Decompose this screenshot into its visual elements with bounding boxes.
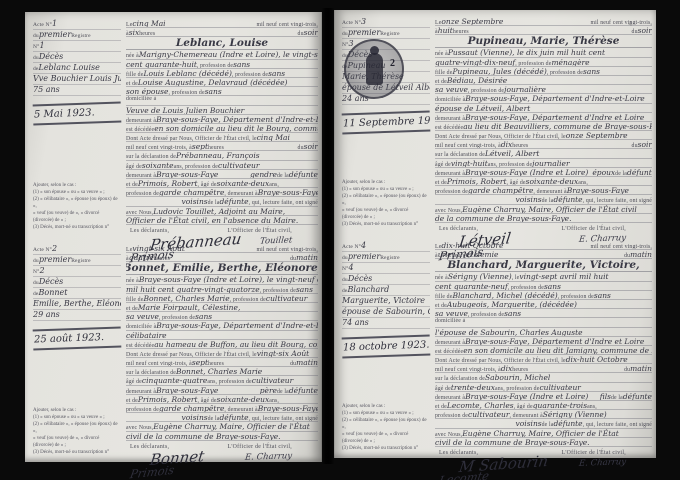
printed-text: , profession de: [468, 88, 504, 94]
act-body: Le vingt-six Aoûtmil neuf cent vingt-tro…: [126, 242, 318, 460]
printed-text: profession de: [126, 191, 159, 197]
handwritten-text: Braye-sous-Faye, Département d'Indre-et-…: [156, 321, 318, 330]
handwritten-text: au lieu dit Beauvilliers, commune de Bra…: [463, 122, 652, 131]
printed-text: ans, profession de: [207, 379, 251, 385]
handwritten-text: Primois, Robert: [138, 179, 198, 188]
handwritten-text: civil de la commune de Braye-sous-Faye.: [435, 438, 590, 447]
handwritten-text: six: [129, 28, 139, 37]
handwritten-text: sept: [192, 142, 208, 151]
handwritten-text: dix: [501, 140, 512, 149]
handwritten-text: 4: [361, 241, 366, 250]
printed-text: mil neuf cent vingt-trois, à: [126, 361, 192, 367]
printed-text: Acte N°: [342, 20, 361, 26]
handwritten-text: sans: [594, 291, 611, 300]
handwritten-text: Braye-sous-Faye (Indre et Loire), le vin…: [139, 275, 318, 284]
handwritten-text: gendre: [250, 170, 277, 179]
body-line: cent quarante-neuf, profession de sans: [435, 282, 652, 291]
footnote-line: (3) Décès, mort-né ou transcription n°: [33, 224, 119, 231]
printed-text: mil neuf cent vingt-trois,: [590, 20, 652, 26]
handwritten-text: Blanchard: [348, 285, 390, 294]
printed-text: , profession de: [558, 294, 594, 300]
printed-text: demeurant à: [435, 395, 465, 401]
printed-text: ans, profession de: [174, 164, 218, 170]
book-spread: Acte N° 1du premier RegistreN° 1du Décès…: [0, 0, 680, 480]
body-line: civil de la commune de Braye-sous-Faye.: [126, 432, 318, 441]
act-body: Le onze Septembremil neuf cent vingt-tro…: [435, 15, 652, 232]
margin-line: du premier Registre: [342, 28, 430, 39]
body-line: et de Louise Augustine, Delavraud (décéd…: [126, 78, 318, 87]
footnote-line: Ajouter, selon le cas :: [33, 407, 119, 414]
handwritten-text: cultivateur: [252, 376, 293, 385]
handwritten-text: sans: [544, 282, 561, 291]
body-line: domiciliée à Braye-sous-Faye, Départemen…: [435, 94, 652, 103]
handwritten-text: cent quarante-neuf: [435, 282, 508, 291]
body-line: mil neuf cent vingt-trois, à sept heures…: [126, 358, 318, 367]
handwritten-text: une: [438, 250, 452, 259]
body-line: profession de garde champêtre, demeurant…: [126, 188, 318, 197]
body-line: quatre-vingt-dix-neuf, profession de mén…: [435, 58, 652, 67]
body-line: profession de garde champêtre, demeurant…: [126, 404, 318, 413]
handwritten-text: Braye-sous-Faye (Indre et Loire): [465, 168, 588, 177]
handwritten-text: défunte: [623, 392, 652, 401]
body-line: à quatre heuresdu matin: [126, 253, 318, 262]
handwritten-text: Braye-sous-Faye (Indre et Loire): [465, 392, 588, 401]
printed-text: profession de: [435, 413, 468, 419]
printed-text: et de: [435, 79, 447, 85]
printed-text: heures: [208, 145, 224, 151]
printed-text: , qui, lecture faite, ont signé: [583, 422, 652, 428]
printed-text: âgé de: [435, 386, 451, 392]
body-line: est décédée en son domicile au lieu dit …: [126, 124, 318, 133]
margin-line: du premier Registre: [342, 252, 430, 263]
printed-text: est décédée: [435, 349, 463, 355]
printed-text: mil neuf cent vingt-trois,: [256, 22, 318, 28]
handwritten-text: et demie: [465, 250, 498, 259]
handwritten-text: matin: [630, 364, 652, 373]
handwritten-text: ménagère: [551, 58, 589, 67]
printed-text: mil neuf cent vingt-trois,: [256, 247, 318, 253]
handwritten-text: Pussaut (Vienne), le dix juin mil huit c…: [448, 48, 605, 57]
act-date: 11 Septembre 1923: [342, 110, 431, 134]
handwritten-text: cent quarante-huit: [126, 60, 197, 69]
body-line: Le dix-huit Octobremil neuf cent vingt-t…: [435, 241, 652, 250]
handwritten-text: en son domicile au lieu dit Jamigny, com…: [463, 346, 652, 355]
margin-line: Vve Bouchier Louis Julien: [33, 74, 121, 85]
handwritten-text: cultivateur: [218, 161, 259, 170]
signature-declarant-2: Lecomte: [438, 468, 490, 480]
printed-text: sur la déclaration de: [126, 370, 176, 376]
handwritten-text: époux: [592, 168, 615, 177]
printed-text: heures: [512, 143, 528, 149]
printed-text: , qui, lecture faite, ont signé: [249, 416, 318, 422]
handwritten-text: Eugène Charruy, Maire, Officier de l'Éta…: [462, 205, 637, 214]
body-line: Le cinq Maimil neuf cent vingt-trois,: [126, 19, 318, 28]
handwritten-text: Braye-sous-Faye: [567, 186, 629, 195]
printed-text: ans, profession de: [488, 162, 532, 168]
printed-text: , profession de: [508, 285, 544, 291]
body-line: Officier de l'État civil, en l'absence d…: [126, 216, 318, 225]
body-line: demeurant à Braye-sous-Fayepère de la dé…: [126, 386, 318, 395]
handwritten-text: cinquante-quatre: [142, 376, 208, 385]
handwritten-text: Braye-sous-Faye, Département d'Indre et …: [465, 113, 644, 122]
margin-line: Acte N° 1: [33, 19, 121, 30]
printed-text: Dont Acte dressé par Nous, Officier de l…: [126, 136, 257, 142]
handwritten-text: Braye-sous-Faye: [156, 170, 218, 179]
handwritten-text: vingt-six Août: [257, 349, 309, 358]
handwritten-text: sans: [504, 309, 521, 318]
handwritten-text: premier: [39, 255, 71, 264]
handwritten-text: épouse de Létveil, Albert: [435, 104, 530, 113]
printed-text: , demeurant à: [533, 189, 566, 195]
officier-label: L'Officier de l'État civil,: [562, 226, 627, 232]
margin-line: de Blanchard: [342, 285, 430, 296]
printed-text: Registre: [380, 31, 400, 37]
body-line: et de Lecomte, Charles, âgé de quarante-…: [435, 401, 652, 410]
handwritten-text: Sérigny (Vienne): [543, 410, 607, 419]
printed-text: et de: [126, 306, 138, 312]
body-line: domiciliée à Braye-sous-Faye, Départemen…: [126, 321, 318, 330]
margin-line: N° 4: [342, 263, 430, 274]
body-line: fille de Louis Leblanc (décédé), profess…: [126, 69, 318, 78]
handwritten-text: Braye-sous-Faye, Département d'Indre-et-…: [156, 115, 318, 124]
body-line: et de Aubugeois, Marguerite, (décédée): [435, 300, 652, 309]
body-line: voisins de la défunte, qui, lecture fait…: [435, 419, 652, 428]
printed-text: de la: [615, 171, 627, 177]
page-gutter: [321, 8, 335, 464]
body-line: née à Braye-sous-Faye (Indre et Loire), …: [126, 275, 318, 284]
printed-text: profession de: [435, 189, 468, 195]
handwritten-text: 1: [52, 19, 57, 28]
printed-text: Dont Acte dressé par Nous, Officier de l…: [435, 358, 566, 364]
handwritten-text: Ludovic Touillet, Adjoint au Maire,: [153, 207, 285, 216]
body-line: Dont Acte dressé par Nous, Officier de l…: [435, 355, 652, 364]
handwritten-text: sans: [583, 67, 600, 76]
handwritten-text: garde champêtre: [468, 186, 533, 195]
printed-text: âgé de: [126, 164, 142, 170]
body-line: âgé de soixante ans, profession de culti…: [126, 161, 318, 170]
printed-text: et de: [126, 398, 138, 404]
act-body: Le dix-huit Octobremil neuf cent vingt-t…: [435, 239, 652, 456]
signature-officer: E. Charruy: [244, 451, 292, 463]
margin-line: Acte N° 4: [342, 241, 430, 252]
handwritten-text: matin: [630, 250, 652, 259]
handwritten-text: Marguerite, Victoire: [342, 296, 425, 305]
footnote-line: (3) Décès, mort-né ou transcription n°: [342, 445, 428, 452]
printed-text: heures: [139, 31, 155, 37]
margin-line: du Décès: [33, 277, 121, 288]
handwritten-text: 1: [39, 41, 44, 50]
margin-line: du premier Registre: [33, 255, 121, 266]
handwritten-text: sans: [296, 285, 313, 294]
footnote-block: Ajouter, selon le cas :(1) « son épouse …: [33, 182, 121, 231]
footnote-block: Ajouter, selon le cas :(1) « son épouse …: [342, 403, 430, 452]
printed-text: sur la déclaration de: [435, 376, 485, 382]
body-line: demeurant à Braye-sous-Faye (Indre et Lo…: [435, 392, 652, 401]
body-line: demeurant à Braye-sous-Fayegendre de la …: [126, 170, 318, 179]
body-line: sur la déclaration de Létveil, Albert: [435, 149, 652, 158]
footnote-line: « veuf (ou veuve) de », « divorcé (divor…: [33, 435, 119, 449]
handwritten-text: Pupineau, Marie, Thérèse: [468, 35, 620, 47]
handwritten-text: dix-huit Octobre: [566, 355, 628, 364]
handwritten-text: Décès: [39, 277, 63, 286]
handwritten-text: sans: [195, 312, 212, 321]
signature-labels: Les déclarants,L'Officier de l'État civi…: [435, 224, 652, 232]
printed-text: sur la déclaration de: [435, 152, 485, 158]
left-page: Acte N° 1du premier RegistreN° 1du Décès…: [25, 12, 322, 462]
handwritten-text: 2: [39, 266, 44, 275]
handwritten-text: Prébanneau, François: [176, 151, 260, 160]
printed-text: Acte N°: [33, 247, 52, 253]
footnote-block: Ajouter, selon le cas :(1) « son épouse …: [342, 179, 430, 228]
body-line: voisins de la défunte, qui, lecture fait…: [126, 197, 318, 206]
handwritten-text: garde champêtre: [159, 404, 224, 413]
handwritten-text: père: [260, 386, 277, 395]
handwritten-text: soixante-deux: [526, 177, 579, 186]
handwritten-text: Létveil, Albert: [485, 149, 539, 158]
printed-text: et de: [126, 81, 138, 87]
signature-zone: Les déclarants,L'Officier de l'État civi…: [435, 448, 652, 480]
handwritten-text: épouse de Sabourin, Charles Auguste: [342, 307, 430, 316]
body-line: et de Primois, Robert, âgé de soixante-d…: [126, 179, 318, 188]
margin-line: 29 ans: [33, 310, 121, 321]
handwritten-text: vingt-six Août: [132, 244, 184, 253]
body-line: avec Nous, Eugène Charruy, Maire, Offici…: [435, 205, 652, 214]
body-line: mil huit cent quatre-vingt-quatorze, pro…: [126, 285, 318, 294]
body-line: fille de Blanchard, Michel (décédé), pro…: [435, 291, 652, 300]
footnote-line: (1) « son épouse » ou « sa veuve » ;: [33, 189, 119, 196]
signature-labels: Les déclarants,L'Officier de l'État civi…: [126, 442, 318, 450]
handwritten-text: voisins: [182, 413, 208, 422]
handwritten-text: cinq Mai: [257, 133, 290, 142]
handwritten-text: cultivateur: [266, 294, 307, 303]
handwritten-text: défunte: [627, 168, 652, 177]
margin-line: Acte N° 2: [33, 244, 121, 255]
handwritten-text: Leblanc Louise: [39, 63, 100, 72]
margin-line: 74 ans: [342, 318, 430, 329]
footnote-line: « veuf (ou veuve) de », « divorcé (divor…: [342, 431, 428, 445]
body-line: mil neuf cent vingt-trois, à dix heuresd…: [435, 364, 652, 373]
printed-text: est décédée: [126, 343, 154, 349]
printed-text: , profession de: [260, 288, 296, 294]
handwritten-text: trente-deux: [451, 383, 495, 392]
declarants-label: Les déclarants,: [130, 444, 169, 450]
handwritten-text: quatre-vingt-dix-neuf: [435, 58, 515, 67]
handwritten-text: civil de la commune de Braye-sous-Faye.: [126, 432, 281, 441]
handwritten-text: Bonnet, Charles Marie: [143, 294, 229, 303]
margin-line: Emilie, Berthe, Eléonore: [33, 299, 121, 310]
body-line: mil neuf cent vingt-trois, à dix heuresd…: [435, 140, 652, 149]
handwritten-text: Pupineau, Jules (décédé): [452, 67, 546, 76]
printed-text: , profession de: [547, 70, 583, 76]
body-line: demeurant à Braye-sous-Faye, Département…: [435, 337, 652, 346]
handwritten-text: 2: [52, 244, 57, 253]
footnote-line: Ajouter, selon le cas :: [342, 403, 428, 410]
act-record-3: Acte N° 3du premier RegistreN° 3du Décès…: [334, 10, 656, 234]
body-line: âgé de vingt-huit ans, profession de jou…: [435, 159, 652, 168]
stamp-figure: [366, 53, 383, 85]
footnote-line: Ajouter, selon le cas :: [342, 179, 428, 186]
margin-line: Marguerite, Victoire: [342, 296, 430, 307]
margin-line: N° 1: [33, 41, 121, 52]
printed-text: heure: [452, 253, 466, 259]
printed-text: née à: [435, 275, 448, 281]
right-page: 4 Acte N° 3du premier RegistreN° 3du Déc…: [334, 10, 656, 458]
printed-text: née à: [126, 53, 139, 59]
handwritten-text: onze Septembre: [566, 131, 628, 140]
revenue-stamp-icon: 2: [344, 39, 404, 99]
act-record-4: Acte N° 4du premier RegistreN° 4du Décès…: [334, 234, 656, 458]
footnote-line: (2) « célibataire », « épouse (ou époux)…: [33, 421, 119, 435]
body-line: voisins de la défunte, qui, lecture fait…: [126, 413, 318, 422]
handwritten-text: Marie Foirpault, Célestine,: [138, 303, 240, 312]
body-line: demeurant à Braye-sous-Faye (Indre et Lo…: [435, 168, 652, 177]
handwritten-text: Veuve de Louis Julien Bouchier: [126, 106, 244, 115]
printed-text: mil neuf cent vingt-trois, à: [435, 367, 501, 373]
printed-text: demeurant à: [126, 118, 156, 124]
printed-text: domiciliée à: [126, 324, 156, 330]
handwritten-text: Sérigny (Vienne): [448, 272, 512, 281]
deceased-name: Pupineau, Marie, Thérèse: [435, 35, 652, 48]
handwritten-text: premier: [348, 252, 380, 261]
printed-text: , qui, lecture faite, ont signé: [249, 200, 318, 206]
printed-text: de la: [611, 395, 623, 401]
handwritten-text: Marigny-Chemereau (Indre et Loire), le v…: [139, 50, 318, 59]
handwritten-text: premier: [348, 28, 380, 37]
body-line: mil neuf cent vingt-trois, à sept heures…: [126, 142, 318, 151]
printed-text: de la: [277, 389, 289, 395]
signature-declarant-2: Primois: [129, 462, 176, 480]
printed-text: sur la déclaration de: [126, 154, 176, 160]
printed-text: de la: [542, 198, 554, 204]
footnote-line: « veuf (ou veuve) de », « divorcé (divor…: [342, 207, 428, 221]
handwritten-text: Bonnet, Emilie, Berthe, Eléonore,: [126, 262, 318, 274]
printed-text: heures: [208, 361, 224, 367]
handwritten-text: Officier de l'État civil, en l'absence d…: [126, 216, 298, 225]
margin-line: du Décès: [33, 52, 121, 63]
body-line: avec Nous, Eugène Charruy, Maire, Offici…: [126, 422, 318, 431]
handwritten-text: matin: [296, 358, 318, 367]
margin-line: Acte N° 3: [342, 17, 430, 28]
handwritten-text: Braye-sous-Faye, Département d'Indre et …: [465, 337, 644, 346]
printed-text: ans,: [269, 398, 279, 404]
margin-line: N° 2: [33, 266, 121, 277]
margin-line: du premier Registre: [33, 30, 121, 41]
printed-text: heures: [512, 367, 528, 373]
handwritten-text: en son domicile au lieu dit le Bourg, co…: [154, 124, 318, 133]
printed-text: ans,: [269, 182, 279, 188]
handwritten-text: Primois, Robert: [447, 177, 507, 186]
handwritten-text: quarante-trois: [533, 401, 587, 410]
printed-text: ans,: [578, 180, 588, 186]
handwritten-text: sept: [192, 358, 208, 367]
printed-text: profession de: [126, 407, 159, 413]
printed-text: , âgé de: [514, 404, 533, 410]
body-line: demeurant à Braye-sous-Faye, Département…: [435, 113, 652, 122]
printed-text: , demeurant à: [224, 191, 257, 197]
handwritten-text: Bonnet: [39, 288, 68, 297]
handwritten-text: soixante: [142, 161, 174, 170]
printed-text: âgé de: [435, 162, 451, 168]
handwritten-text: voisins: [516, 195, 542, 204]
handwritten-text: quatre: [129, 253, 154, 262]
printed-text: , âgé de: [507, 180, 526, 186]
handwritten-text: 29 ans: [33, 310, 60, 319]
printed-text: et de: [435, 303, 447, 309]
printed-text: avec Nous,: [126, 425, 153, 431]
printed-text: , le: [512, 275, 520, 281]
printed-text: Registre: [71, 258, 91, 264]
body-line: l'épouse de Sabourin, Charles Auguste: [435, 328, 652, 337]
handwritten-text: fils: [600, 392, 611, 401]
printed-text: et de: [126, 182, 138, 188]
printed-text: de la: [277, 173, 289, 179]
body-line: fille de Pupineau, Jules (décédé), profe…: [435, 67, 652, 76]
printed-text: , profession de: [515, 61, 551, 67]
printed-text: et de: [435, 180, 447, 186]
body-line: son épouse, profession de sans: [126, 87, 318, 96]
handwritten-text: Eugène Charruy, Maire, Officier de l'Éta…: [153, 422, 310, 431]
handwritten-text: voisins: [182, 197, 208, 206]
body-line: et de Bédiau, Désirée: [435, 76, 652, 85]
body-line: célibataire: [126, 331, 318, 340]
printed-text: , demeurant à: [224, 407, 257, 413]
printed-text: , profession de: [159, 315, 195, 321]
body-line: est décédée au lieu dit Beauvilliers, co…: [435, 122, 652, 131]
handwritten-text: Emilie, Berthe, Eléonore: [33, 299, 121, 308]
body-line: domiciliée à: [435, 318, 652, 327]
handwritten-text: 3: [361, 17, 366, 26]
printed-text: , profession de: [197, 63, 233, 69]
body-line: sur la déclaration de Prébanneau, Franço…: [126, 151, 318, 160]
handwritten-text: dix-huit Octobre: [441, 241, 503, 250]
printed-text: fille de: [126, 297, 143, 303]
printed-text: mil neuf cent vingt-trois, à: [126, 145, 192, 151]
body-line: fille de Bonnet, Charles Marie, professi…: [126, 294, 318, 303]
handwritten-text: soir: [304, 28, 318, 37]
handwritten-text: Braye-sous-Faye: [258, 188, 318, 197]
printed-text: demeurant à: [435, 340, 465, 346]
footnote-line: (3) Décès, mort-né ou transcription n°: [342, 221, 428, 228]
handwritten-text: sa veuve: [435, 309, 468, 318]
body-line: avec Nous, Ludovic Touillet, Adjoint au …: [126, 207, 318, 216]
body-line: Le onze Septembremil neuf cent vingt-tro…: [435, 17, 652, 26]
body-line: de la commune de Braye-sous-Faye.: [435, 214, 652, 223]
printed-text: , qui, lecture faite, ont signé: [583, 198, 652, 204]
body-line: sa veuve, profession de sans: [126, 312, 318, 321]
handwritten-text: sans: [268, 69, 285, 78]
handwritten-text: défunte: [219, 197, 248, 206]
printed-text: fille de: [435, 294, 452, 300]
act-date: 18 octobre 1923.: [342, 334, 431, 358]
handwritten-text: Eugène Charruy, Maire, Officier de l'Éta…: [462, 429, 619, 438]
footnote-line: (2) « célibataire », « épouse (ou époux)…: [342, 193, 428, 207]
handwritten-text: huit: [438, 26, 453, 35]
printed-text: Dont Acte dressé par Nous, Officier de l…: [126, 352, 257, 358]
body-line: à six heuresdu soir: [126, 28, 318, 37]
handwritten-text: Sabourin, Michel: [485, 373, 550, 382]
printed-text: , demeurant à: [509, 413, 542, 419]
printed-text: heures: [154, 256, 170, 262]
act-date: 5 Mai 1923.: [33, 101, 122, 125]
handwritten-text: au hameau de Buffon, au lieu dit Bourg, …: [154, 340, 318, 349]
handwritten-text: soixante-deux: [217, 395, 270, 404]
footnote-line: (2) « célibataire », « épouse (ou époux)…: [342, 417, 428, 431]
body-line: âgé de cinquante-quatre ans, profession …: [126, 376, 318, 385]
body-line: demeurant à Braye-sous-Faye, Département…: [126, 115, 318, 124]
handwritten-text: Bédiau, Désirée: [447, 76, 507, 85]
handwritten-text: vingt-huit: [451, 159, 488, 168]
handwritten-text: Décès: [39, 52, 63, 61]
